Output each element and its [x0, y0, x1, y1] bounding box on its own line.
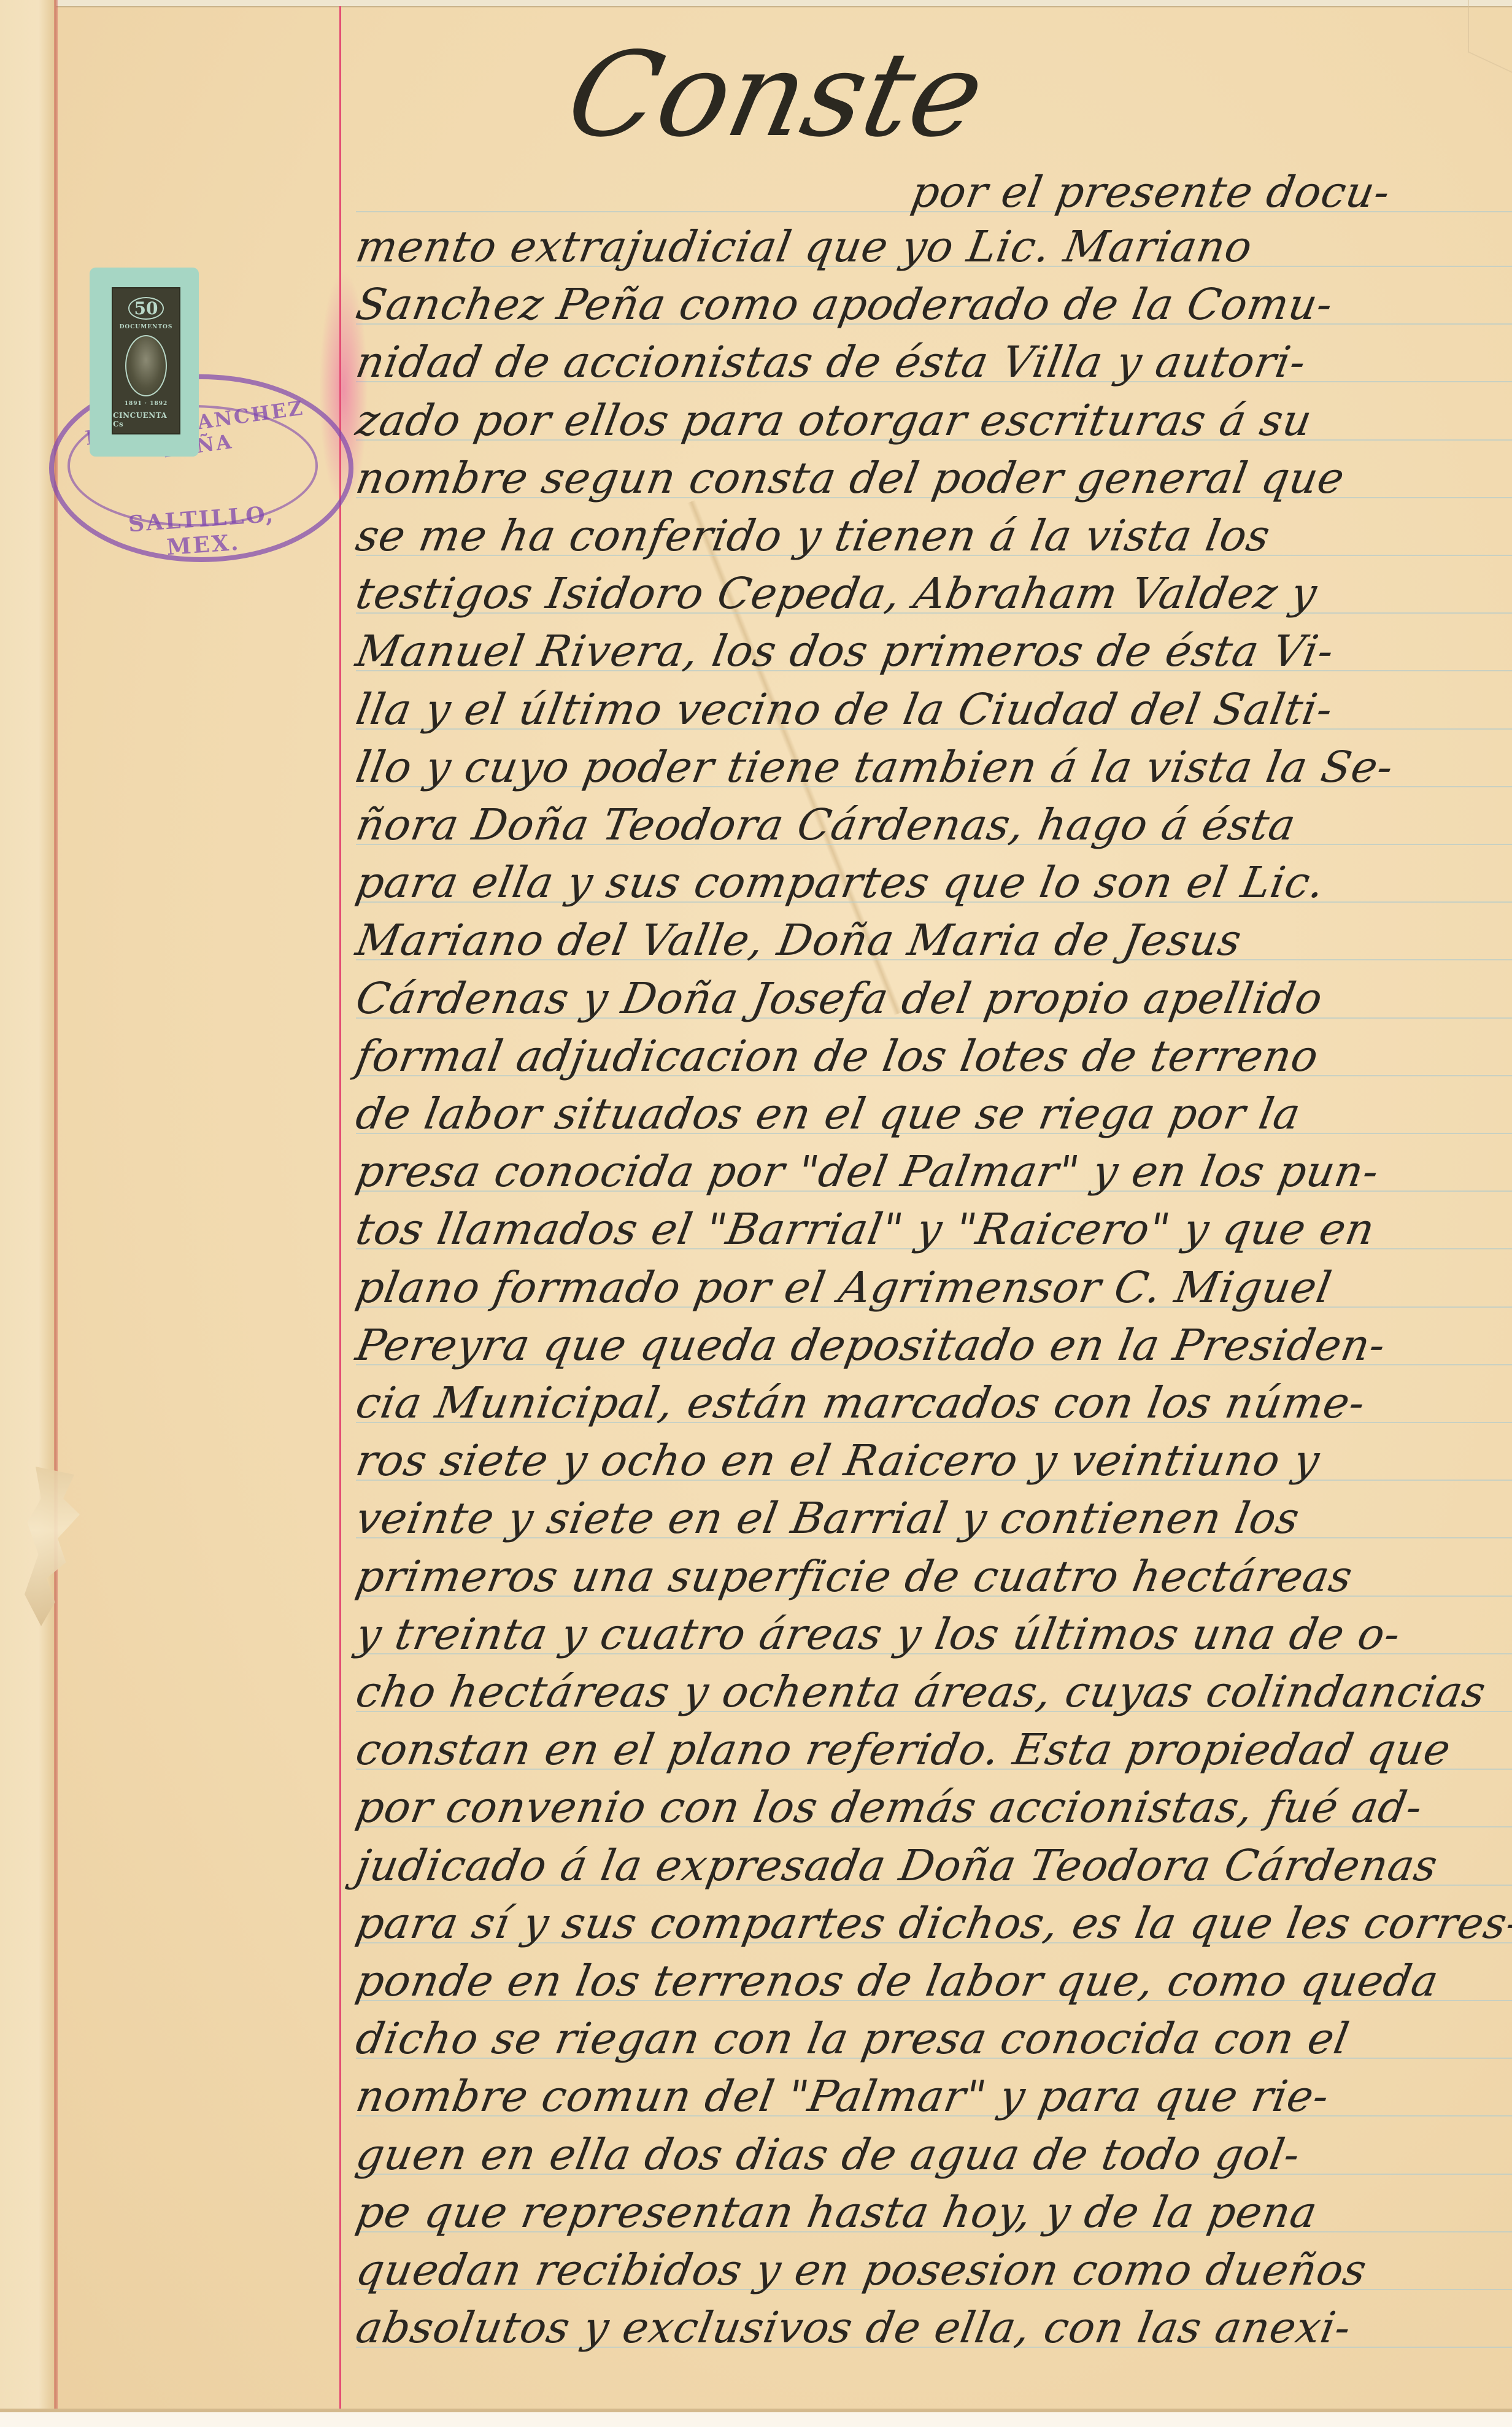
stamp-years: 1891 · 1892 [125, 401, 168, 407]
text-line: de labor situados en el que se riega por… [353, 1092, 1512, 1135]
stamp-engraving: 50 DOCUMENTOS 1891 · 1892 CINCUENTA Cs [112, 287, 180, 434]
text-line: tos llamados el "Barrial" y "Raicero" y … [353, 1208, 1512, 1251]
text-line: cia Municipal, están marcados con los nú… [353, 1381, 1512, 1424]
text-line: veinte y siete en el Barrial y contienen… [353, 1497, 1512, 1540]
text-line: plano formado por el Agrimensor C. Migue… [353, 1266, 1512, 1309]
text-line: nombre comun del "Palmar" y para que rie… [353, 2075, 1512, 2118]
text-line: cho hectáreas y ochenta áreas, cuyas col… [353, 1670, 1512, 1713]
text-line: zado por ellos para otorgar escrituras á… [353, 399, 1512, 442]
revenue-stamp: 50 DOCUMENTOS 1891 · 1892 CINCUENTA Cs [92, 270, 196, 454]
margin-line [339, 6, 341, 2409]
text-line: guen en ella dos dias de agua de todo go… [353, 2133, 1512, 2176]
binding-strip [0, 0, 56, 2412]
text-line: dicho se riegan con la presa conocida co… [353, 2017, 1512, 2060]
text-line: judicado á la expresada Doña Teodora Cár… [353, 1844, 1512, 1887]
stamp-denomination: CINCUENTA Cs [113, 411, 179, 428]
text-line: por convenio con los demás accionistas, … [353, 1786, 1512, 1829]
text-line: y treinta y cuatro áreas y los últimos u… [353, 1613, 1512, 1656]
text-line: Pereyra que queda depositado en la Presi… [353, 1324, 1512, 1367]
text-line: mento extrajudicial que yo Lic. Mariano [353, 225, 1512, 268]
page-bottom-edge [0, 2409, 1512, 2427]
stamp-middle-text: DOCUMENTOS [120, 324, 173, 330]
text-line: lla y el último vecino de la Ciudad del … [353, 688, 1512, 731]
text-line: presa conocida por "del Palmar" y en los… [353, 1150, 1512, 1193]
text-line: ros siete y ocho en el Raicero y veintiu… [353, 1439, 1512, 1482]
text-line: se me ha conferido y tienen á la vista l… [353, 514, 1512, 557]
text-line: formal adjudicacion de los lotes de terr… [353, 1035, 1512, 1078]
stamp-value: 50 [128, 297, 164, 320]
text-line: Cárdenas y Doña Josefa del propio apelli… [353, 977, 1512, 1020]
page-top-edge [0, 0, 1512, 7]
text-line: Mariano del Valle, Doña Maria de Jesus [353, 919, 1512, 962]
text-line: para ella y sus compartes que lo son el … [353, 861, 1512, 904]
text-line: pe que representan hasta hoy, y de la pe… [353, 2191, 1512, 2234]
text-line: Manuel Rivera, los dos primeros de ésta … [353, 630, 1512, 673]
document-heading: Conste [558, 37, 993, 153]
text-line: nidad de accionistas de ésta Villa y aut… [353, 341, 1512, 384]
portrait-icon [125, 335, 167, 396]
text-line: testigos Isidoro Cepeda, Abraham Valdez … [353, 572, 1512, 615]
text-line: absolutos y exclusivos de ella, con las … [353, 2306, 1512, 2349]
text-line: por el presente docu- [908, 171, 1512, 214]
text-line: Sanchez Peña como apoderado de la Comu- [353, 283, 1512, 326]
text-line: constan en el plano referido. Esta propi… [353, 1728, 1512, 1771]
text-line: para sí y sus compartes dichos, es la qu… [353, 1902, 1512, 1945]
text-line: llo y cuyo poder tiene tambien á la vist… [353, 746, 1512, 789]
text-line: nombre segun consta del poder general qu… [353, 457, 1512, 500]
text-line: ponde en los terrenos de labor que, como… [353, 1959, 1512, 2002]
text-line: quedan recibidos y en posesion como dueñ… [353, 2248, 1512, 2291]
text-line: ñora Doña Teodora Cárdenas, hago á ésta [353, 803, 1512, 846]
text-line: primeros una superficie de cuatro hectár… [353, 1555, 1512, 1598]
binding-edge-line [54, 0, 58, 2412]
